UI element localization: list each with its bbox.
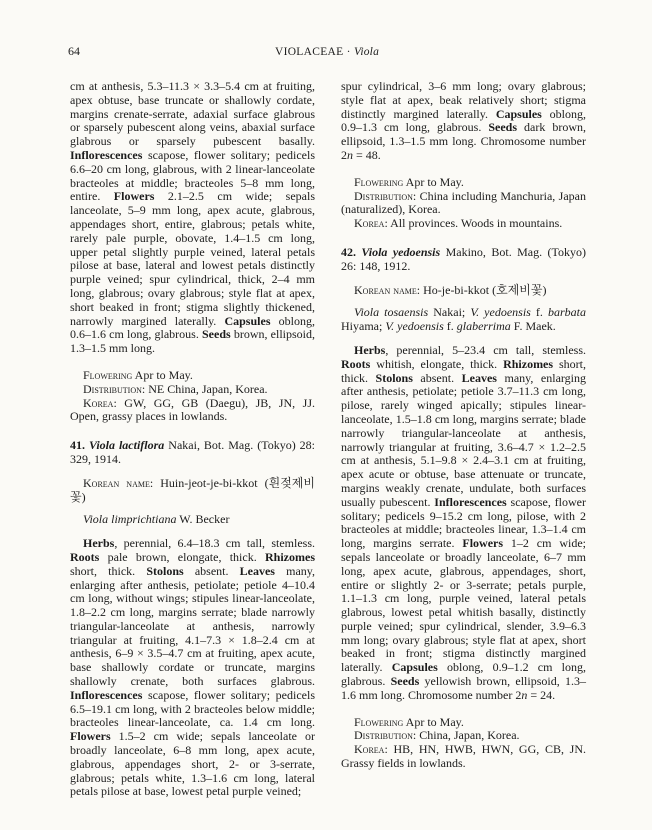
synonym-line: Viola tosaensis Nakai; V. yedoensis f. b… bbox=[341, 306, 586, 334]
text-segment: many, enlarging after anthesis, petiolat… bbox=[70, 564, 315, 688]
text-segment: Korea bbox=[354, 742, 384, 756]
text-segment: Roots bbox=[341, 357, 370, 371]
left-column: cm at anthesis, 5.3–11.3 × 3.3–5.4 cm at… bbox=[70, 80, 315, 799]
text-segment: Seeds bbox=[488, 120, 517, 134]
synonym-line: Viola limprichtiana W. Becker bbox=[70, 513, 315, 527]
text-segment: Distribution bbox=[354, 728, 413, 742]
text-segment: : Ho-je-bi-kkot (호제비꽃) bbox=[417, 283, 547, 297]
text-segment: Stolons bbox=[376, 371, 413, 385]
info-line: Korea: GW, GG, GB (Daegu), JB, JN, JJ. O… bbox=[70, 397, 315, 425]
text-segment: glaberrima bbox=[457, 319, 511, 333]
text-segment: 42. bbox=[341, 245, 361, 259]
text-segment: = 48. bbox=[353, 148, 381, 162]
info-line: Flowering Apr to May. bbox=[341, 176, 586, 190]
book-page: 64 VIOLACEAE · Viola cm at anthesis, 5.3… bbox=[0, 0, 652, 799]
text-segment: barbata bbox=[548, 305, 586, 319]
text-segment: V. yedoensis bbox=[470, 305, 531, 319]
text-segment: Korean name bbox=[83, 476, 150, 490]
text-segment: Viola yedoensis bbox=[361, 245, 440, 259]
text-segment: Rhizomes bbox=[503, 357, 553, 371]
info-line: Distribution: China including Manchuria,… bbox=[341, 190, 586, 218]
text-segment: Rhizomes bbox=[265, 550, 315, 564]
text-segment: Korean name bbox=[354, 283, 417, 297]
korean-name-line: Korean name: Huin-jeot-je-bi-kkot (흰젖제비꽃… bbox=[70, 477, 315, 505]
text-segment: Apr to May. bbox=[132, 368, 193, 382]
text-segment: absent. bbox=[184, 564, 240, 578]
info-line: Distribution: China, Japan, Korea. bbox=[341, 729, 586, 743]
text-segment: Viola limprichtiana bbox=[83, 512, 176, 526]
text-segment: Flowering bbox=[354, 175, 403, 189]
info-line: Distribution: NE China, Japan, Korea. bbox=[70, 383, 315, 397]
right-column: spur cylindrical, 3–6 mm long; ovary gla… bbox=[341, 80, 586, 799]
description-paragraph: spur cylindrical, 3–6 mm long; ovary gla… bbox=[341, 80, 586, 163]
description-paragraph: Herbs, perennial, 6.4–18.3 cm tall, stem… bbox=[70, 537, 315, 799]
text-segment: Flowering bbox=[354, 715, 403, 729]
text-segment: 1–2 cm wide; sepals lanceolate or broadl… bbox=[341, 536, 586, 674]
page-number: 64 bbox=[68, 44, 128, 58]
text-segment: F. Maek. bbox=[511, 319, 556, 333]
text-segment: absent. bbox=[413, 371, 462, 385]
text-columns: cm at anthesis, 5.3–11.3 × 3.3–5.4 cm at… bbox=[70, 80, 652, 799]
text-segment: 41. bbox=[70, 438, 89, 452]
text-segment: many, enlarging after anthesis, petiolat… bbox=[341, 371, 586, 509]
text-segment: pale brown, elongate, thick. bbox=[99, 550, 265, 564]
text-segment: Inflorescences bbox=[70, 148, 142, 162]
text-segment: Viola lactiflora bbox=[89, 438, 164, 452]
running-header: VIOLACEAE · Viola bbox=[128, 45, 526, 59]
info-line: Flowering Apr to May. bbox=[341, 716, 586, 730]
text-segment: whitish, elongate, thick. bbox=[370, 357, 503, 371]
text-segment: Capsules bbox=[224, 314, 270, 328]
text-segment: cm at anthesis, 5.3–11.3 × 3.3–5.4 cm at… bbox=[70, 79, 315, 148]
text-segment: Stolons bbox=[146, 564, 183, 578]
text-segment: , perennial, 6.4–18.3 cm tall, stemless. bbox=[114, 536, 315, 550]
running-header-genus: Viola bbox=[354, 46, 379, 58]
text-segment: W. Becker bbox=[176, 512, 229, 526]
text-segment: short, thick. bbox=[70, 564, 146, 578]
text-segment: V. yedoensis bbox=[385, 319, 443, 333]
text-segment: f. bbox=[531, 305, 548, 319]
text-segment: Capsules bbox=[392, 660, 438, 674]
text-segment: Herbs bbox=[83, 536, 114, 550]
text-segment: Flowers bbox=[462, 536, 503, 550]
page-header: 64 VIOLACEAE · Viola bbox=[68, 44, 586, 59]
text-segment: Leaves bbox=[462, 371, 497, 385]
info-line: Flowering Apr to May. bbox=[70, 369, 315, 383]
text-segment: Nakai; bbox=[428, 305, 470, 319]
text-segment: Seeds bbox=[202, 327, 231, 341]
species-heading: 42. Viola yedoensis Makino, Bot. Mag. (T… bbox=[341, 246, 586, 274]
text-segment: Distribution bbox=[83, 382, 142, 396]
text-segment: Roots bbox=[70, 550, 99, 564]
text-segment: Apr to May. bbox=[403, 175, 464, 189]
info-line: Korea: HB, HN, HWB, HWN, GG, CB, JN. Gra… bbox=[341, 743, 586, 771]
description-paragraph: Herbs, perennial, 5–23.4 cm tall, stemle… bbox=[341, 344, 586, 703]
text-segment: Hiyama; bbox=[341, 319, 385, 333]
text-segment: f. bbox=[444, 319, 457, 333]
text-segment: Leaves bbox=[240, 564, 275, 578]
running-header-family: VIOLACEAE bbox=[275, 46, 344, 58]
text-segment: = 24. bbox=[527, 688, 555, 702]
text-segment: , perennial, 5–23.4 cm tall, stemless. bbox=[385, 343, 586, 357]
text-segment: : China, Japan, Korea. bbox=[413, 728, 520, 742]
text-segment: Herbs bbox=[354, 343, 385, 357]
text-segment: Apr to May. bbox=[403, 715, 464, 729]
text-segment: : All provinces. Woods in mountains. bbox=[384, 216, 562, 230]
text-segment: Inflorescences bbox=[70, 688, 142, 702]
text-segment: Distribution bbox=[354, 189, 413, 203]
text-segment: Viola tosaensis bbox=[354, 305, 428, 319]
text-segment: Korea bbox=[354, 216, 384, 230]
text-segment: Flowers bbox=[114, 189, 155, 203]
text-segment: Korea bbox=[83, 396, 113, 410]
text-segment: Inflorescences bbox=[434, 495, 506, 509]
text-segment: 2.1–2.5 cm wide; sepals lanceolate, 5–9 … bbox=[70, 189, 315, 327]
description-paragraph: cm at anthesis, 5.3–11.3 × 3.3–5.4 cm at… bbox=[70, 80, 315, 356]
text-segment: Capsules bbox=[496, 107, 542, 121]
text-segment: : NE China, Japan, Korea. bbox=[142, 382, 268, 396]
running-header-separator: · bbox=[343, 46, 353, 58]
species-heading: 41. Viola lactiflora Nakai, Bot. Mag. (T… bbox=[70, 439, 315, 467]
korean-name-line: Korean name: Ho-je-bi-kkot (호제비꽃) bbox=[341, 284, 586, 298]
text-segment: Seeds bbox=[391, 674, 420, 688]
info-line: Korea: All provinces. Woods in mountains… bbox=[341, 217, 586, 231]
text-segment: Flowering bbox=[83, 368, 132, 382]
text-segment: Flowers bbox=[70, 729, 111, 743]
